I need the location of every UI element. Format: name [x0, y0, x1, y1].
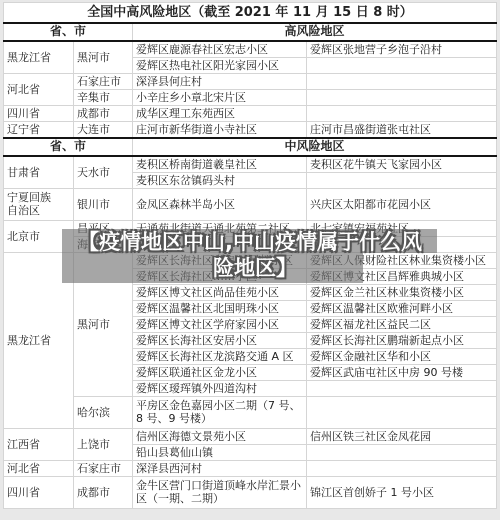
table-cell: 爱辉区温馨社区欧雅河畔小区 — [307, 300, 497, 316]
table-cell: 锦江区首创娇子 1 号小区 — [307, 476, 497, 508]
table-cell: 麦积区桥南街道羲皇社区 — [133, 156, 307, 173]
table-row: 河北省石家庄市深泽县何庄村 — [4, 73, 497, 89]
table-row: 辛集市小辛庄乡小章北宋片区 — [4, 89, 497, 105]
table-row: 海淀区 — [4, 236, 497, 252]
table-cell: 深泽县西河村 — [133, 460, 307, 476]
table-cell: 宁夏回族自治区 — [4, 188, 74, 220]
table-row: 辽宁省大连市庄河市新华街道小寺社区庄河市昌盛街道张屯社区 — [4, 121, 497, 138]
table-cell: 北七家镇宏福苑社区 — [307, 220, 497, 236]
table-cell: 爱辉区瑷珲镇外四道沟村 — [133, 380, 307, 396]
table-cell: 甘肃省 — [4, 156, 74, 189]
table-cell — [307, 444, 497, 460]
table-cell: 麦积区花牛镇天飞家园小区 — [307, 156, 497, 173]
table-cell: 小辛庄乡小章北宋片区 — [133, 89, 307, 105]
table-cell: 银川市 — [74, 188, 133, 220]
table-cell: 上饶市 — [74, 428, 133, 460]
table-cell: 黑龙江省 — [4, 41, 74, 74]
table-cell — [307, 396, 497, 428]
table-cell: 爱辉区热电社区阳光家园小区 — [133, 57, 307, 73]
table-cell: 成都市 — [74, 476, 133, 508]
table-row: 四川省成都市金牛区营门口街道顶峰水岸汇景小区（一期、二期）锦江区首创娇子 1 号… — [4, 476, 497, 508]
table-cell: 成华区理工东苑西区 — [133, 105, 307, 121]
table-cell: 平房区金色嘉园小区二期（7 号、8 号、9 号楼） — [133, 396, 307, 428]
table-cell — [307, 172, 497, 188]
table-cell: 天通苑北街道天通北苑第二社区 — [133, 220, 307, 236]
section-header-medium-risk: 省、市中风险地区 — [4, 138, 497, 156]
table-cell: 辛集市 — [74, 89, 133, 105]
table-cell: 爱辉区长海社区鹏瑞新起点小区 — [307, 332, 497, 348]
table-cell: 爱辉区联通社区金龙小区 — [133, 364, 307, 380]
table-cell: 爱辉区人保财险社区林业集资楼小区 — [307, 252, 497, 268]
table-cell: 北京市 — [4, 220, 74, 252]
table-cell: 金凤区森林半岛小区 — [133, 188, 307, 220]
table-cell: 成都市 — [74, 105, 133, 121]
table-cell: 庄河市新华街道小寺社区 — [133, 121, 307, 138]
table-cell: 大连市 — [74, 121, 133, 138]
table-cell: 石家庄市 — [74, 73, 133, 89]
table-cell — [307, 105, 497, 121]
table-cell — [307, 460, 497, 476]
table-cell: 爱辉区长海社区龙滨路交通 A 区 — [133, 348, 307, 364]
table-cell: 天水市 — [74, 156, 133, 189]
table-cell — [133, 236, 307, 252]
table-row: 黑龙江省黑河市爱辉区鹿源春社区宏志小区爱辉区张地营子乡泡子沿村 — [4, 41, 497, 58]
table-row: 四川省成都市成华区理工东苑西区 — [4, 105, 497, 121]
table-cell: 金牛区营门口街道顶峰水岸汇景小区（一期、二期） — [133, 476, 307, 508]
table-cell: 麦积区东岔镇码头村 — [133, 172, 307, 188]
table-row: 甘肃省天水市麦积区桥南街道羲皇社区麦积区花牛镇天飞家园小区 — [4, 156, 497, 173]
table-cell: 海淀区 — [74, 236, 133, 252]
table-cell: 庄河市昌盛街道张屯社区 — [307, 121, 497, 138]
table-row: 哈尔滨平房区金色嘉园小区二期（7 号、8 号、9 号楼） — [4, 396, 497, 428]
table-title-row: 全国中高风险地区（截至 2021 年 11 月 15 日 8 时） — [4, 3, 497, 23]
table-cell: 信州区海德文景苑小区 — [133, 428, 307, 444]
risk-table-body: 全国中高风险地区（截至 2021 年 11 月 15 日 8 时） 省、市高风险… — [4, 3, 497, 509]
table-cell — [307, 89, 497, 105]
table-cell: 爱辉区金融社区华和小区 — [307, 348, 497, 364]
table-cell: 省、市 — [4, 138, 133, 156]
table-cell: 爱辉区张地营子乡泡子沿村 — [307, 41, 497, 58]
table-cell: 兴庆区太阳都市花园小区 — [307, 188, 497, 220]
table-row: 黑龙江省黑河市爱辉区长海社区中房76号楼小区爱辉区人保财险社区林业集资楼小区 — [4, 252, 497, 268]
table-cell: 黑河市 — [74, 252, 133, 396]
table-cell — [307, 73, 497, 89]
table-cell: 哈尔滨 — [74, 396, 133, 428]
page: 全国中高风险地区（截至 2021 年 11 月 15 日 8 时） 省、市高风险… — [0, 0, 500, 520]
table-cell: 爱辉区鹿源春社区宏志小区 — [133, 41, 307, 58]
table-cell: 爱辉区武庙屯社区中房 90 号楼 — [307, 364, 497, 380]
table-cell: 爱辉区长海社区……小区 — [133, 268, 307, 284]
table-cell — [307, 380, 497, 396]
table-cell: 中风险地区 — [133, 138, 497, 156]
table-cell: 河北省 — [4, 73, 74, 105]
table-cell: 爱辉区博文社区学府家园小区 — [133, 316, 307, 332]
table-cell — [307, 57, 497, 73]
table-cell: 爱辉区温馨社区北国明珠小区 — [133, 300, 307, 316]
table-cell: 昌平区 — [74, 220, 133, 236]
table-title: 全国中高风险地区（截至 2021 年 11 月 15 日 8 时） — [4, 3, 497, 23]
table-cell — [307, 236, 497, 252]
table-cell: 河北省 — [4, 460, 74, 476]
table-row: 北京市昌平区天通苑北街道天通北苑第二社区北七家镇宏福苑社区 — [4, 220, 497, 236]
table-cell: 江西省 — [4, 428, 74, 460]
table-row: 江西省上饶市信州区海德文景苑小区信州区铁三社区金凤花园 — [4, 428, 497, 444]
table-cell: 爱辉区博文社区昌辉雅典城小区 — [307, 268, 497, 284]
risk-area-table: 全国中高风险地区（截至 2021 年 11 月 15 日 8 时） 省、市高风险… — [3, 2, 497, 509]
table-cell: 辽宁省 — [4, 121, 74, 138]
table-cell: 爱辉区博文社区尚品佳苑小区 — [133, 284, 307, 300]
table-cell: 爱辉区福龙社区益民二区 — [307, 316, 497, 332]
table-cell: 爱辉区金兰社区林业集资楼小区 — [307, 284, 497, 300]
table-cell: 省、市 — [4, 23, 133, 41]
table-cell: 铅山县葛仙山镇 — [133, 444, 307, 460]
table-cell: 四川省 — [4, 105, 74, 121]
table-cell: 爱辉区长海社区安居小区 — [133, 332, 307, 348]
table-row: 河北省石家庄市深泽县西河村 — [4, 460, 497, 476]
table-cell: 深泽县何庄村 — [133, 73, 307, 89]
table-cell: 黑龙江省 — [4, 252, 74, 428]
table-cell: 黑河市 — [74, 41, 133, 74]
table-cell: 石家庄市 — [74, 460, 133, 476]
table-cell: 高风险地区 — [133, 23, 497, 41]
table-cell: 信州区铁三社区金凤花园 — [307, 428, 497, 444]
table-row: 宁夏回族自治区银川市金凤区森林半岛小区兴庆区太阳都市花园小区 — [4, 188, 497, 220]
table-cell: 爱辉区长海社区中房76号楼小区 — [133, 252, 307, 268]
table-cell: 四川省 — [4, 476, 74, 508]
section-header-high-risk: 省、市高风险地区 — [4, 23, 497, 41]
